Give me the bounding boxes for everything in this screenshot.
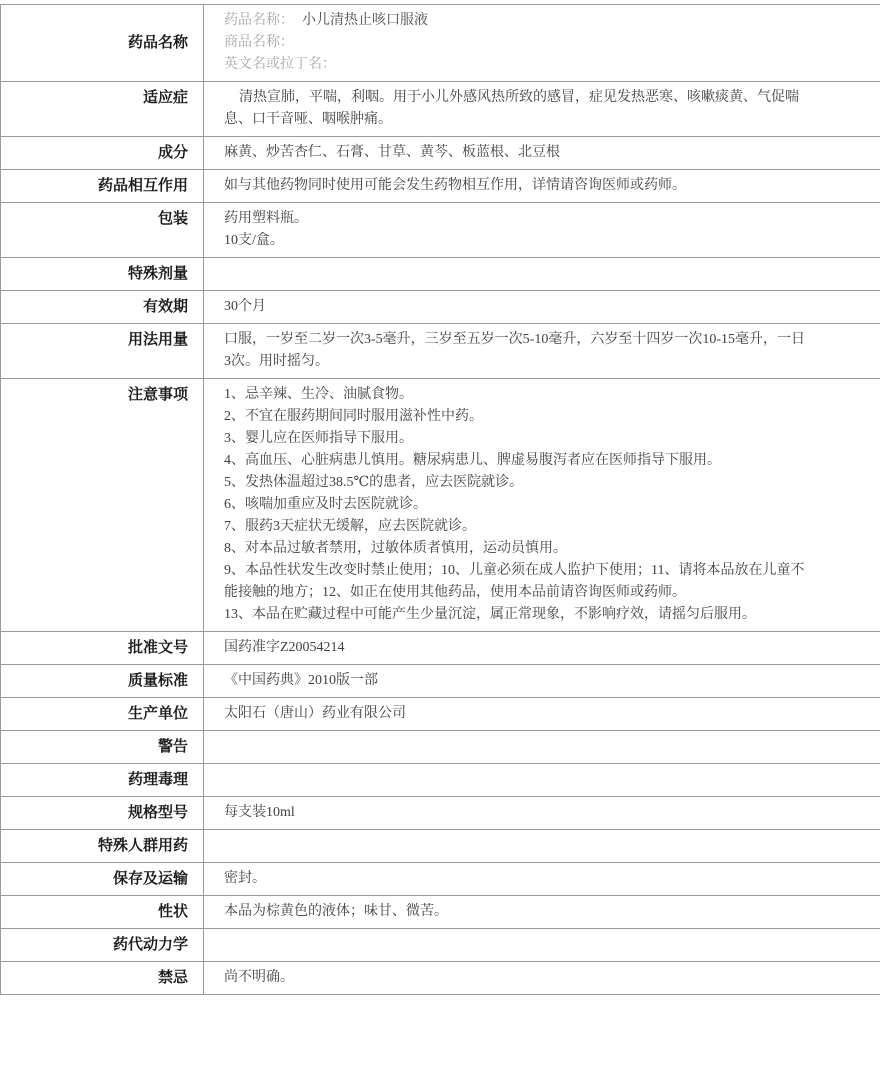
field-line: 英文名或拉丁名：	[224, 54, 805, 76]
row-value: 太阳石（唐山）药业有限公司	[204, 698, 880, 731]
precaution-item: 1、忌辛辣、生冷、油腻食物。	[224, 384, 805, 406]
row-text	[224, 736, 805, 758]
row-label: 有效期	[1, 291, 204, 324]
row-value: 麻黄、炒苦杏仁、石膏、甘草、黄芩、板蓝根、北豆根	[204, 137, 880, 170]
field-line: 药品名称：小儿清热止咳口服液	[224, 10, 805, 32]
row-text: 清热宣肺，平喘，利咽。用于小儿外感风热所致的感冒，症见发热恶寒、咳嗽痰黄、气促喘…	[224, 87, 805, 131]
row-value: 如与其他药物同时使用可能会发生药物相互作用，详情请咨询医师或药师。	[204, 170, 880, 203]
row-label: 性状	[1, 896, 204, 929]
precaution-item: 13、本品在贮藏过程中可能产生少量沉淀，属正常现象，不影响疗效，请摇匀后服用。	[224, 604, 805, 626]
row-value: 药品名称：小儿清热止咳口服液 商品名称： 英文名或拉丁名：	[204, 5, 880, 82]
row-label: 注意事项	[1, 379, 204, 632]
row-label: 禁忌	[1, 962, 204, 995]
row-label: 适应症	[1, 82, 204, 137]
field-line: 商品名称：	[224, 32, 805, 54]
row-label: 用法用量	[1, 324, 204, 379]
row-value	[204, 731, 880, 764]
table-row-properties: 性状 本品为棕黄色的液体；味甘、微苦。	[1, 896, 880, 929]
table-row-special-dosage: 特殊剂量	[1, 258, 880, 291]
table-row-precautions: 注意事项 1、忌辛辣、生冷、油腻食物。 2、不宜在服药期间同时服用滋补性中药。 …	[1, 379, 880, 632]
table-row-interactions: 药品相互作用 如与其他药物同时使用可能会发生药物相互作用，详情请咨询医师或药师。	[1, 170, 880, 203]
row-label: 药品名称	[1, 5, 204, 82]
table-row-approval-number: 批准文号 国药准字Z20054214	[1, 632, 880, 665]
row-label: 质量标准	[1, 665, 204, 698]
row-text: 太阳石（唐山）药业有限公司	[224, 703, 805, 725]
row-value: 本品为棕黄色的液体；味甘、微苦。	[204, 896, 880, 929]
row-label: 保存及运输	[1, 863, 204, 896]
row-text: 本品为棕黄色的液体；味甘、微苦。	[224, 901, 805, 923]
precaution-item: 2、不宜在服药期间同时服用滋补性中药。	[224, 406, 805, 428]
row-value: 尚不明确。	[204, 962, 880, 995]
row-label: 药品相互作用	[1, 170, 204, 203]
table-row-ingredients: 成分 麻黄、炒苦杏仁、石膏、甘草、黄芩、板蓝根、北豆根	[1, 137, 880, 170]
row-value: 每支装10ml	[204, 797, 880, 830]
precaution-item: 7、服药3天症状无缓解，应去医院就诊。	[224, 516, 805, 538]
field-value: 小儿清热止咳口服液	[302, 13, 428, 28]
precaution-item: 3、婴儿应在医师指导下服用。	[224, 428, 805, 450]
row-value: 国药准字Z20054214	[204, 632, 880, 665]
precaution-item: 5、发热体温超过38.5℃的患者，应去医院就诊。	[224, 472, 805, 494]
row-text: 尚不明确。	[224, 967, 805, 989]
table-row-specification: 规格型号 每支装10ml	[1, 797, 880, 830]
row-label: 药代动力学	[1, 929, 204, 962]
precaution-item: 8、对本品过敏者禁用，过敏体质者慎用，运动员慎用。	[224, 538, 805, 560]
row-text	[224, 835, 805, 857]
table-row-contraindications: 禁忌 尚不明确。	[1, 962, 880, 995]
row-text: 30个月	[224, 296, 805, 318]
precaution-item: 6、咳喘加重应及时去医院就诊。	[224, 494, 805, 516]
table-row-warning: 警告	[1, 731, 880, 764]
row-label: 成分	[1, 137, 204, 170]
row-text	[224, 934, 805, 956]
row-text: 《中国药典》2010版一部	[224, 670, 805, 692]
table-row-shelf-life: 有效期 30个月	[1, 291, 880, 324]
field-key: 英文名或拉丁名：	[224, 57, 336, 72]
row-label: 包装	[1, 203, 204, 258]
row-label: 警告	[1, 731, 204, 764]
row-label: 特殊人群用药	[1, 830, 204, 863]
row-value	[204, 929, 880, 962]
precaution-item: 4、高血压、心脏病患儿慎用。糖尿病患儿、脾虚易腹泻者应在医师指导下服用。	[224, 450, 805, 472]
row-value: 药用塑料瓶。 10支/盒。	[204, 203, 880, 258]
row-text: 国药准字Z20054214	[224, 637, 805, 659]
row-value: 口服，一岁至二岁一次3-5毫升，三岁至五岁一次5-10毫升，六岁至十四岁一次10…	[204, 324, 880, 379]
row-text	[224, 769, 805, 791]
row-text: 麻黄、炒苦杏仁、石膏、甘草、黄芩、板蓝根、北豆根	[224, 142, 805, 164]
table-row-dosage-usage: 用法用量 口服，一岁至二岁一次3-5毫升，三岁至五岁一次5-10毫升，六岁至十四…	[1, 324, 880, 379]
table-row-manufacturer: 生产单位 太阳石（唐山）药业有限公司	[1, 698, 880, 731]
field-key: 商品名称：	[224, 35, 294, 50]
row-value: 1、忌辛辣、生冷、油腻食物。 2、不宜在服药期间同时服用滋补性中药。 3、婴儿应…	[204, 379, 880, 632]
row-label: 药理毒理	[1, 764, 204, 797]
row-text: 药用塑料瓶。	[224, 208, 805, 230]
table-row-pharmacology-toxicology: 药理毒理	[1, 764, 880, 797]
table-row-packaging: 包装 药用塑料瓶。 10支/盒。	[1, 203, 880, 258]
precaution-item: 9、本品性状发生改变时禁止使用；10、儿童必须在成人监护下使用；11、请将本品放…	[224, 560, 805, 604]
row-text: 如与其他药物同时使用可能会发生药物相互作用，详情请咨询医师或药师。	[224, 175, 805, 197]
row-value: 30个月	[204, 291, 880, 324]
table-row-drug-name: 药品名称 药品名称：小儿清热止咳口服液 商品名称： 英文名或拉丁名：	[1, 5, 880, 82]
row-value: 清热宣肺，平喘，利咽。用于小儿外感风热所致的感冒，症见发热恶寒、咳嗽痰黄、气促喘…	[204, 82, 880, 137]
row-value	[204, 258, 880, 291]
row-text	[224, 263, 805, 285]
field-key: 药品名称：	[224, 13, 294, 28]
row-text: 密封。	[224, 868, 805, 890]
row-label: 规格型号	[1, 797, 204, 830]
row-value: 《中国药典》2010版一部	[204, 665, 880, 698]
table-row-storage-transport: 保存及运输 密封。	[1, 863, 880, 896]
row-value	[204, 830, 880, 863]
table-row-pharmacokinetics: 药代动力学	[1, 929, 880, 962]
row-value	[204, 764, 880, 797]
row-label: 生产单位	[1, 698, 204, 731]
row-text: 每支装10ml	[224, 802, 805, 824]
table-row-special-populations: 特殊人群用药	[1, 830, 880, 863]
row-label: 批准文号	[1, 632, 204, 665]
row-value: 密封。	[204, 863, 880, 896]
row-text: 10支/盒。	[224, 230, 805, 252]
row-text: 口服，一岁至二岁一次3-5毫升，三岁至五岁一次5-10毫升，六岁至十四岁一次10…	[224, 329, 805, 373]
drug-info-table: 药品名称 药品名称：小儿清热止咳口服液 商品名称： 英文名或拉丁名： 适应症 清…	[0, 4, 880, 995]
table-row-indications: 适应症 清热宣肺，平喘，利咽。用于小儿外感风热所致的感冒，症见发热恶寒、咳嗽痰黄…	[1, 82, 880, 137]
row-label: 特殊剂量	[1, 258, 204, 291]
table-row-quality-standard: 质量标准 《中国药典》2010版一部	[1, 665, 880, 698]
